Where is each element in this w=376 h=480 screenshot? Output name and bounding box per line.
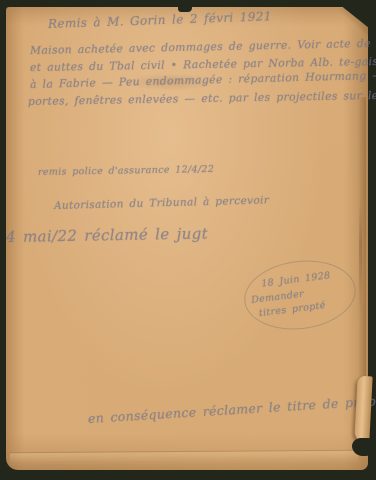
handwriting-claim-note: 4 mai/22 réclamé le jugt (6, 224, 208, 246)
paper-page: Remis à M. Gorin le 2 févri 1921 Maison … (6, 7, 368, 470)
handwriting-paragraph-line-1: Maison achetée avec dommages de guerre. … (30, 36, 376, 57)
circled-margin-note: 18 Juin 1928 Demander titres propté (240, 254, 359, 335)
handwriting-remis-line: Remis à M. Gorin le 2 févri 1921 (48, 9, 272, 31)
handwriting-paragraph-line-4: portes, fenêtres enlevées — etc. par les… (28, 88, 376, 108)
handwriting-tribunal-note: Autorisation du Tribunal à percevoir (54, 194, 269, 212)
paper-crumple-shadow (352, 438, 372, 456)
paper-crumpled-flap (354, 376, 372, 443)
handwriting-bottom-note: en conséquence réclamer le titre de prop… (88, 393, 376, 426)
top-edge-notch (178, 6, 192, 12)
scanned-document: Remis à M. Gorin le 2 févri 1921 Maison … (0, 0, 376, 480)
handwriting-insurance-note: remis police d'assurance 12/4/22 (38, 164, 214, 178)
paper-right-crease (359, 197, 362, 317)
paper-bottom-fold (10, 450, 358, 464)
